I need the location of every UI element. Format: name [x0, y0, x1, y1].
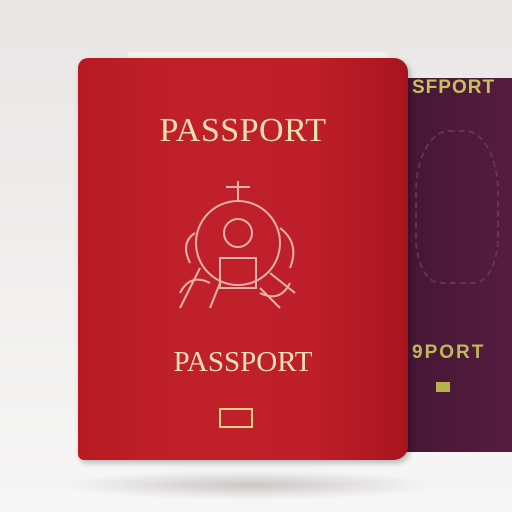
cast-shadow	[60, 470, 440, 500]
front-passport: PASSPORT PASSPORT	[78, 58, 408, 460]
coat-of-arms-icon	[160, 173, 320, 318]
back-passport-title: SFPORT	[412, 77, 495, 99]
back-emblem-icon	[415, 130, 499, 284]
back-passport-bottom-text: 9PORT	[412, 342, 485, 364]
biometric-chip-icon	[219, 408, 253, 428]
front-passport-bottom-text: PASSPORT	[78, 346, 408, 379]
back-chip-icon	[436, 382, 450, 392]
front-passport-title: PASSPORT	[78, 112, 408, 150]
